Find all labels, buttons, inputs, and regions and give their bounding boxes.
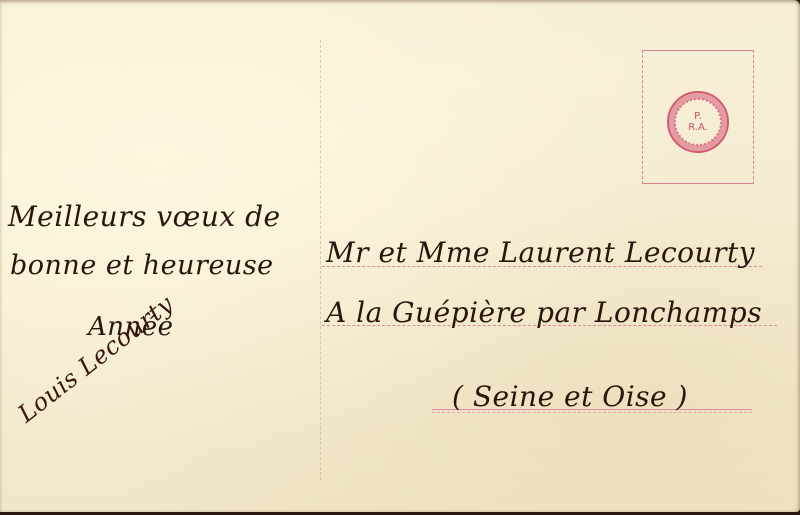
signature: Louis Lecourty	[13, 290, 179, 428]
address-line-3: ( Seine et Oise )	[452, 380, 688, 413]
postage-paid-stamp-icon: P. R.A.	[667, 91, 729, 153]
address-line-2: A la Guépière par Lonchamps	[326, 296, 762, 329]
wreath-border	[674, 98, 722, 146]
postcard-back: P. R.A. Meilleurs vœux de bonne et heure…	[0, 0, 800, 512]
address-line-1: Mr et Mme Laurent Lecourty	[326, 236, 755, 269]
message-line-2: bonne et heureuse	[10, 250, 274, 281]
message-line-1: Meilleurs vœux de	[8, 200, 281, 233]
center-divider	[320, 40, 321, 480]
